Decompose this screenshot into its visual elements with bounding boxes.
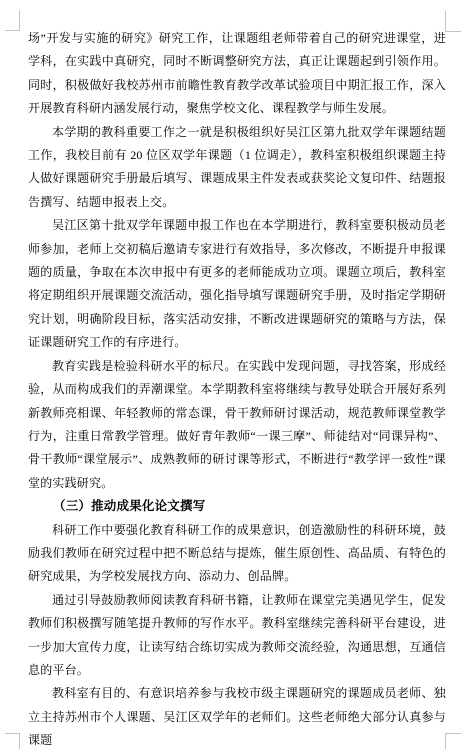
paragraph: 科研工作中要强化教育科研工作的成果意识，创造激励性的科研环境，鼓励我们教师在研究…	[28, 519, 446, 589]
paragraph: 教育实践是检验科研水平的标尺。在实践中发现问题，寻找答案，形成经验，从而构成我们…	[28, 355, 446, 495]
paragraph: 本学期的教科重要工作之一就是积极组织好吴江区第九批双学年课题结题工作，我校目前有…	[28, 121, 446, 215]
text-boundary-mark-bottom-left	[5, 733, 20, 749]
paragraph: 教科室有目的、有意识培养参与我校市级主课题研究的课题成员老师、独立主持苏州市个人…	[28, 682, 446, 752]
text-boundary-mark-top-right	[445, 11, 461, 32]
text-boundary-mark-top-left	[5, 10, 20, 31]
text-boundary-mark-bottom-right	[445, 733, 461, 749]
paragraph: 通过引导鼓励教师阅读教育科研书籍，让教师在课堂完美遇见学生，促发教师们积极撰写随…	[28, 589, 446, 683]
document-text-area: 场”开发与实施的研究》研究工作，让课题组老师带着自己的研究进课堂，进学科，在实践…	[28, 27, 446, 752]
paragraph-continuation: 场”开发与实施的研究》研究工作，让课题组老师带着自己的研究进课堂，进学科，在实践…	[28, 27, 446, 121]
document-page: 场”开发与实施的研究》研究工作，让课题组老师带着自己的研究进课堂，进学科，在实践…	[0, 0, 474, 752]
section-heading: （三）推动成果化论文撰写	[28, 495, 446, 518]
paragraph: 吴江区第十批双学年课题申报工作也在本学期进行，教科室要积极动员老师参加，老师上交…	[28, 214, 446, 354]
